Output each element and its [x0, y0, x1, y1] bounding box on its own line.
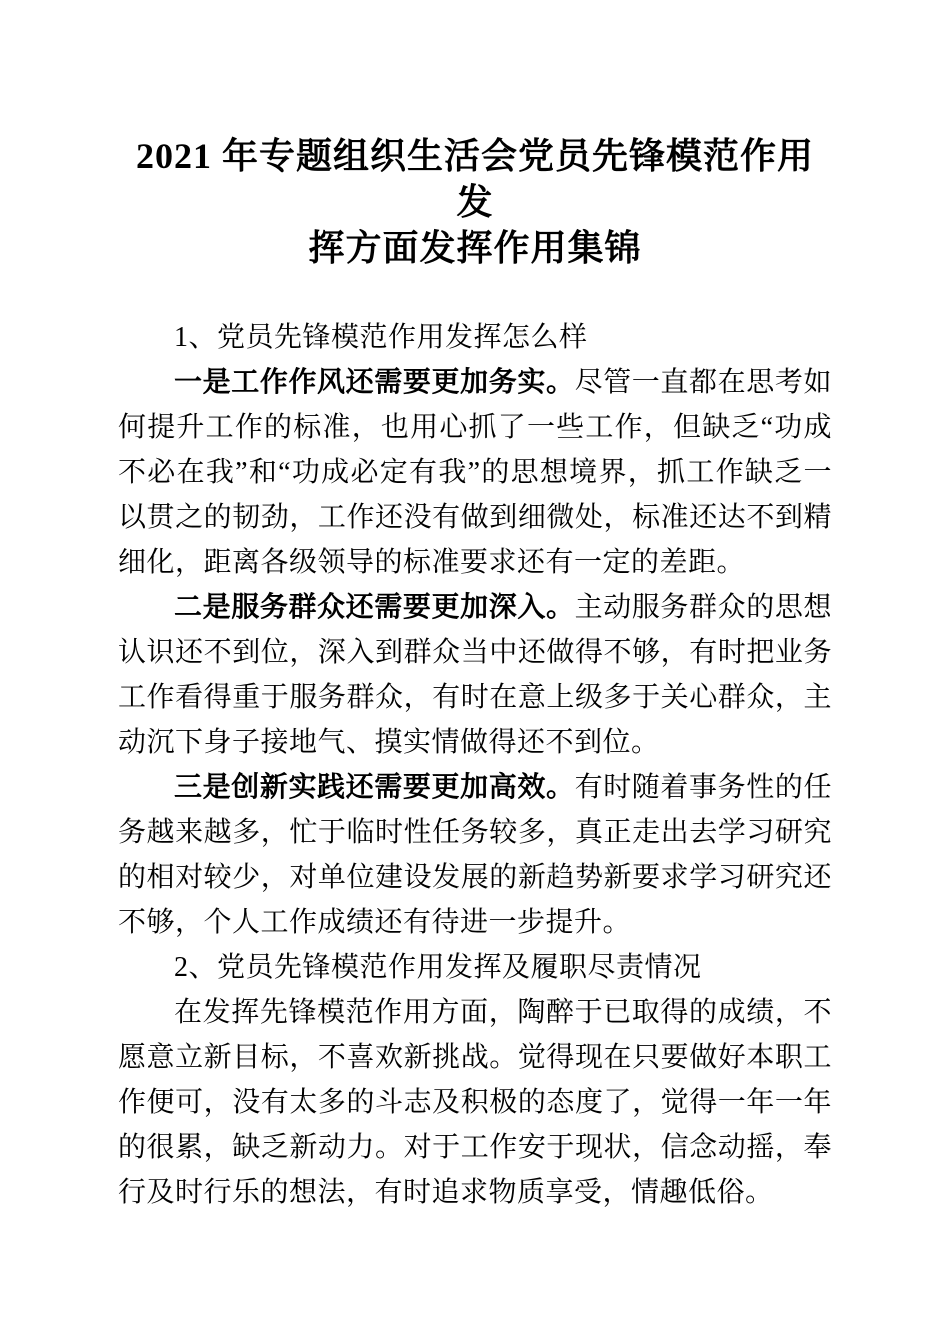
paragraph: 三是创新实践还需要更加高效。有时随着事务性的任务越来越多，忙于临时性任务较多，真… — [118, 765, 832, 945]
doc-title-line2: 挥方面发挥作用集锦 — [118, 225, 832, 271]
paragraph: 一是工作作风还需要更加务实。尽管一直都在思考如何提升工作的标准，也用心抓了一些工… — [118, 360, 832, 585]
doc-title: 2021 年专题组织生活会党员先锋模范作用发 挥方面发挥作用集锦 — [118, 133, 832, 271]
doc-title-line1: 2021 年专题组织生活会党员先锋模范作用发 — [118, 133, 832, 225]
paragraph-lead: 三是创新实践还需要更加高效。 — [174, 772, 575, 803]
paragraph: 二是服务群众还需要更加深入。主动服务群众的思想认识还不到位，深入到群众当中还做得… — [118, 585, 832, 765]
paragraph: 在发挥先锋模范作用方面，陶醉于已取得的成绩，不愿意立新目标，不喜欢新挑战。觉得现… — [118, 990, 832, 1215]
paragraph-lead: 一是工作作风还需要更加务实。 — [174, 367, 575, 398]
paragraph-lead: 二是服务群众还需要更加深入。 — [174, 592, 575, 623]
paragraph-text: 在发挥先锋模范作用方面，陶醉于已取得的成绩，不愿意立新目标，不喜欢新挑战。觉得现… — [118, 997, 832, 1208]
doc-body: 1、党员先锋模范作用发挥怎么样 一是工作作风还需要更加务实。尽管一直都在思考如何… — [118, 315, 832, 1215]
document-page: 2021 年专题组织生活会党员先锋模范作用发 挥方面发挥作用集锦 1、党员先锋模… — [0, 0, 950, 1344]
section-heading: 2、党员先锋模范作用发挥及履职尽责情况 — [118, 945, 832, 990]
paragraph-text: 尽管一直都在思考如何提升工作的标准，也用心抓了一些工作，但缺乏“功成不必在我”和… — [118, 367, 832, 578]
section-heading: 1、党员先锋模范作用发挥怎么样 — [118, 315, 832, 360]
